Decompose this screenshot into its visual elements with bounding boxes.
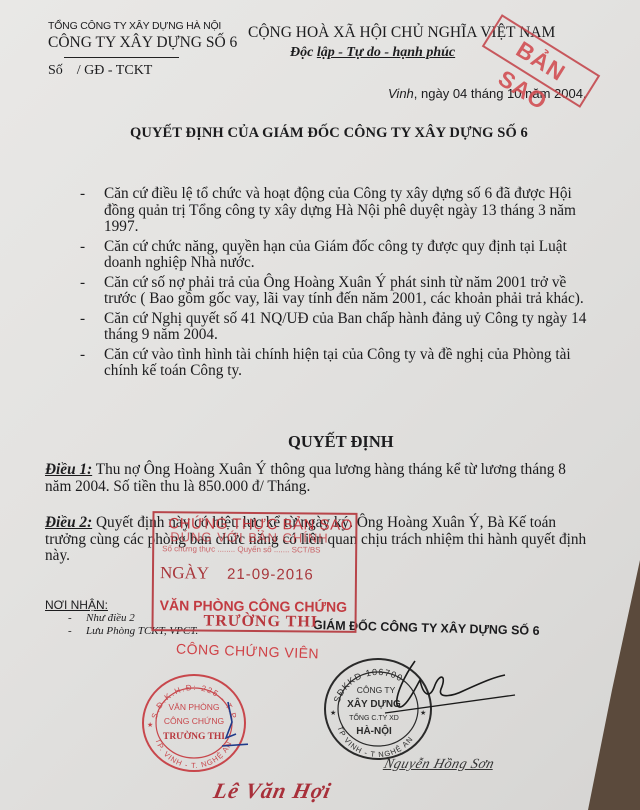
cert-date-label: NGÀY — [160, 563, 209, 582]
notary-name: Lê Văn Hợi — [211, 778, 334, 804]
svg-text:HÀ-NỘI: HÀ-NỘI — [356, 724, 392, 737]
basis-text: Căn cứ Nghị quyết số 41 NQ/UĐ của Ban ch… — [104, 310, 586, 344]
article-text: Thu nợ Ông Hoàng Xuân Ý thông qua lương … — [45, 461, 566, 495]
notary-seal-icon: S.Đ.K.H.Đ: 225 - T.P TP. VINH - T. NGHỆ … — [140, 672, 248, 774]
bullet-dash: - — [80, 311, 85, 328]
svg-text:★: ★ — [147, 721, 153, 729]
svg-text:TP. VINH - T. NGHỆ AN: TP. VINH - T. NGHỆ AN — [153, 737, 233, 770]
basis-item: -Căn cứ chức năng, quyền hạn của Giám đố… — [80, 239, 600, 272]
company-name: CÔNG TY XÂY DỰNG SỐ 6 — [48, 34, 237, 52]
signer-name: Nguyễn Hồng Sơn — [382, 757, 496, 773]
basis-item: -Căn cứ số nợ phải trả của Ông Hoàng Xuâ… — [80, 275, 600, 308]
notary-role: CÔNG CHỨNG VIÊN — [176, 641, 320, 662]
director-signature-icon — [345, 655, 605, 715]
motto-prefix: Độc — [290, 45, 317, 60]
parent-organization: TỔNG CÔNG TY XÂY DỰNG HÀ NỘI — [48, 20, 221, 32]
cert-date: NGÀY21-09-2016 — [160, 563, 314, 584]
bullet-dash: - — [80, 275, 85, 292]
article-label: Điều 1: — [45, 461, 92, 478]
decision-heading: QUYẾT ĐỊNH — [288, 432, 394, 452]
svg-text:VĂN PHÒNG: VĂN PHÒNG — [168, 702, 219, 712]
cert-line-3: Số chứng thực ........ Quyển số ....... … — [162, 544, 320, 554]
document-page: TỔNG CÔNG TY XÂY DỰNG HÀ NỘI CÔNG TY XÂY… — [0, 0, 640, 810]
cert-date-value: 21-09-2016 — [227, 566, 314, 584]
basis-item: -Căn cứ vào tình hình tài chính hiện tại… — [80, 347, 600, 380]
basis-text: Căn cứ chức năng, quyền hạn của Giám đốc… — [104, 238, 567, 272]
bullet-dash: - — [80, 347, 85, 364]
article-label: Điều 2: — [45, 514, 92, 531]
motto-underlined: lập - Tự do - hạnh phúc — [317, 45, 455, 60]
recipient-text: Như điều 2 — [86, 612, 135, 624]
bullet-dash: - — [80, 186, 85, 203]
bullet-dash: - — [80, 239, 85, 256]
svg-text:TRƯỜNG THI: TRƯỜNG THI — [163, 730, 225, 742]
certification-stamp: CHỨNG THỰC BẢN SAO ĐÚNG VỚI BẢN CHÍNH Số… — [151, 511, 357, 633]
article-1: Điều 1: Thu nợ Ông Hoàng Xuân Ý thông qu… — [45, 462, 590, 495]
cert-office-name: TRƯỜNG THI — [203, 613, 318, 632]
basis-text: Căn cứ vào tình hình tài chính hiện tại … — [104, 346, 571, 380]
document-title: QUYẾT ĐỊNH CỦA GIÁM ĐỐC CÔNG TY XÂY DỰNG… — [130, 125, 528, 142]
recipients-title: NƠI NHẬN: — [45, 598, 108, 612]
basis-text: Căn cứ số nợ phải trả của Ông Hoàng Xuân… — [104, 274, 584, 308]
document-number: Số / GĐ - TCKT — [48, 63, 152, 79]
basis-list: -Căn cứ điều lệ tổ chức và hoạt động của… — [80, 186, 600, 383]
cert-line-2: ĐÚNG VỚI BẢN CHÍNH — [170, 529, 329, 545]
basis-text: Căn cứ điều lệ tổ chức và hoạt động của … — [104, 185, 576, 235]
basis-item: -Căn cứ Nghị quyết số 41 NQ/UĐ của Ban c… — [80, 311, 600, 344]
place: Vinh — [388, 86, 414, 101]
bullet-dash: - — [68, 612, 86, 625]
svg-text:★: ★ — [330, 709, 336, 717]
bullet-dash: - — [68, 625, 86, 638]
header-divider — [64, 57, 179, 58]
svg-text:CÔNG CHỨNG: CÔNG CHỨNG — [164, 716, 224, 726]
notary-seal-ring-bottom: TP. VINH - T. NGHỆ AN — [153, 737, 233, 770]
national-motto: Độc lập - Tự do - hạnh phúc — [290, 45, 455, 61]
basis-item: -Căn cứ điều lệ tổ chức và hoạt động của… — [80, 186, 600, 236]
